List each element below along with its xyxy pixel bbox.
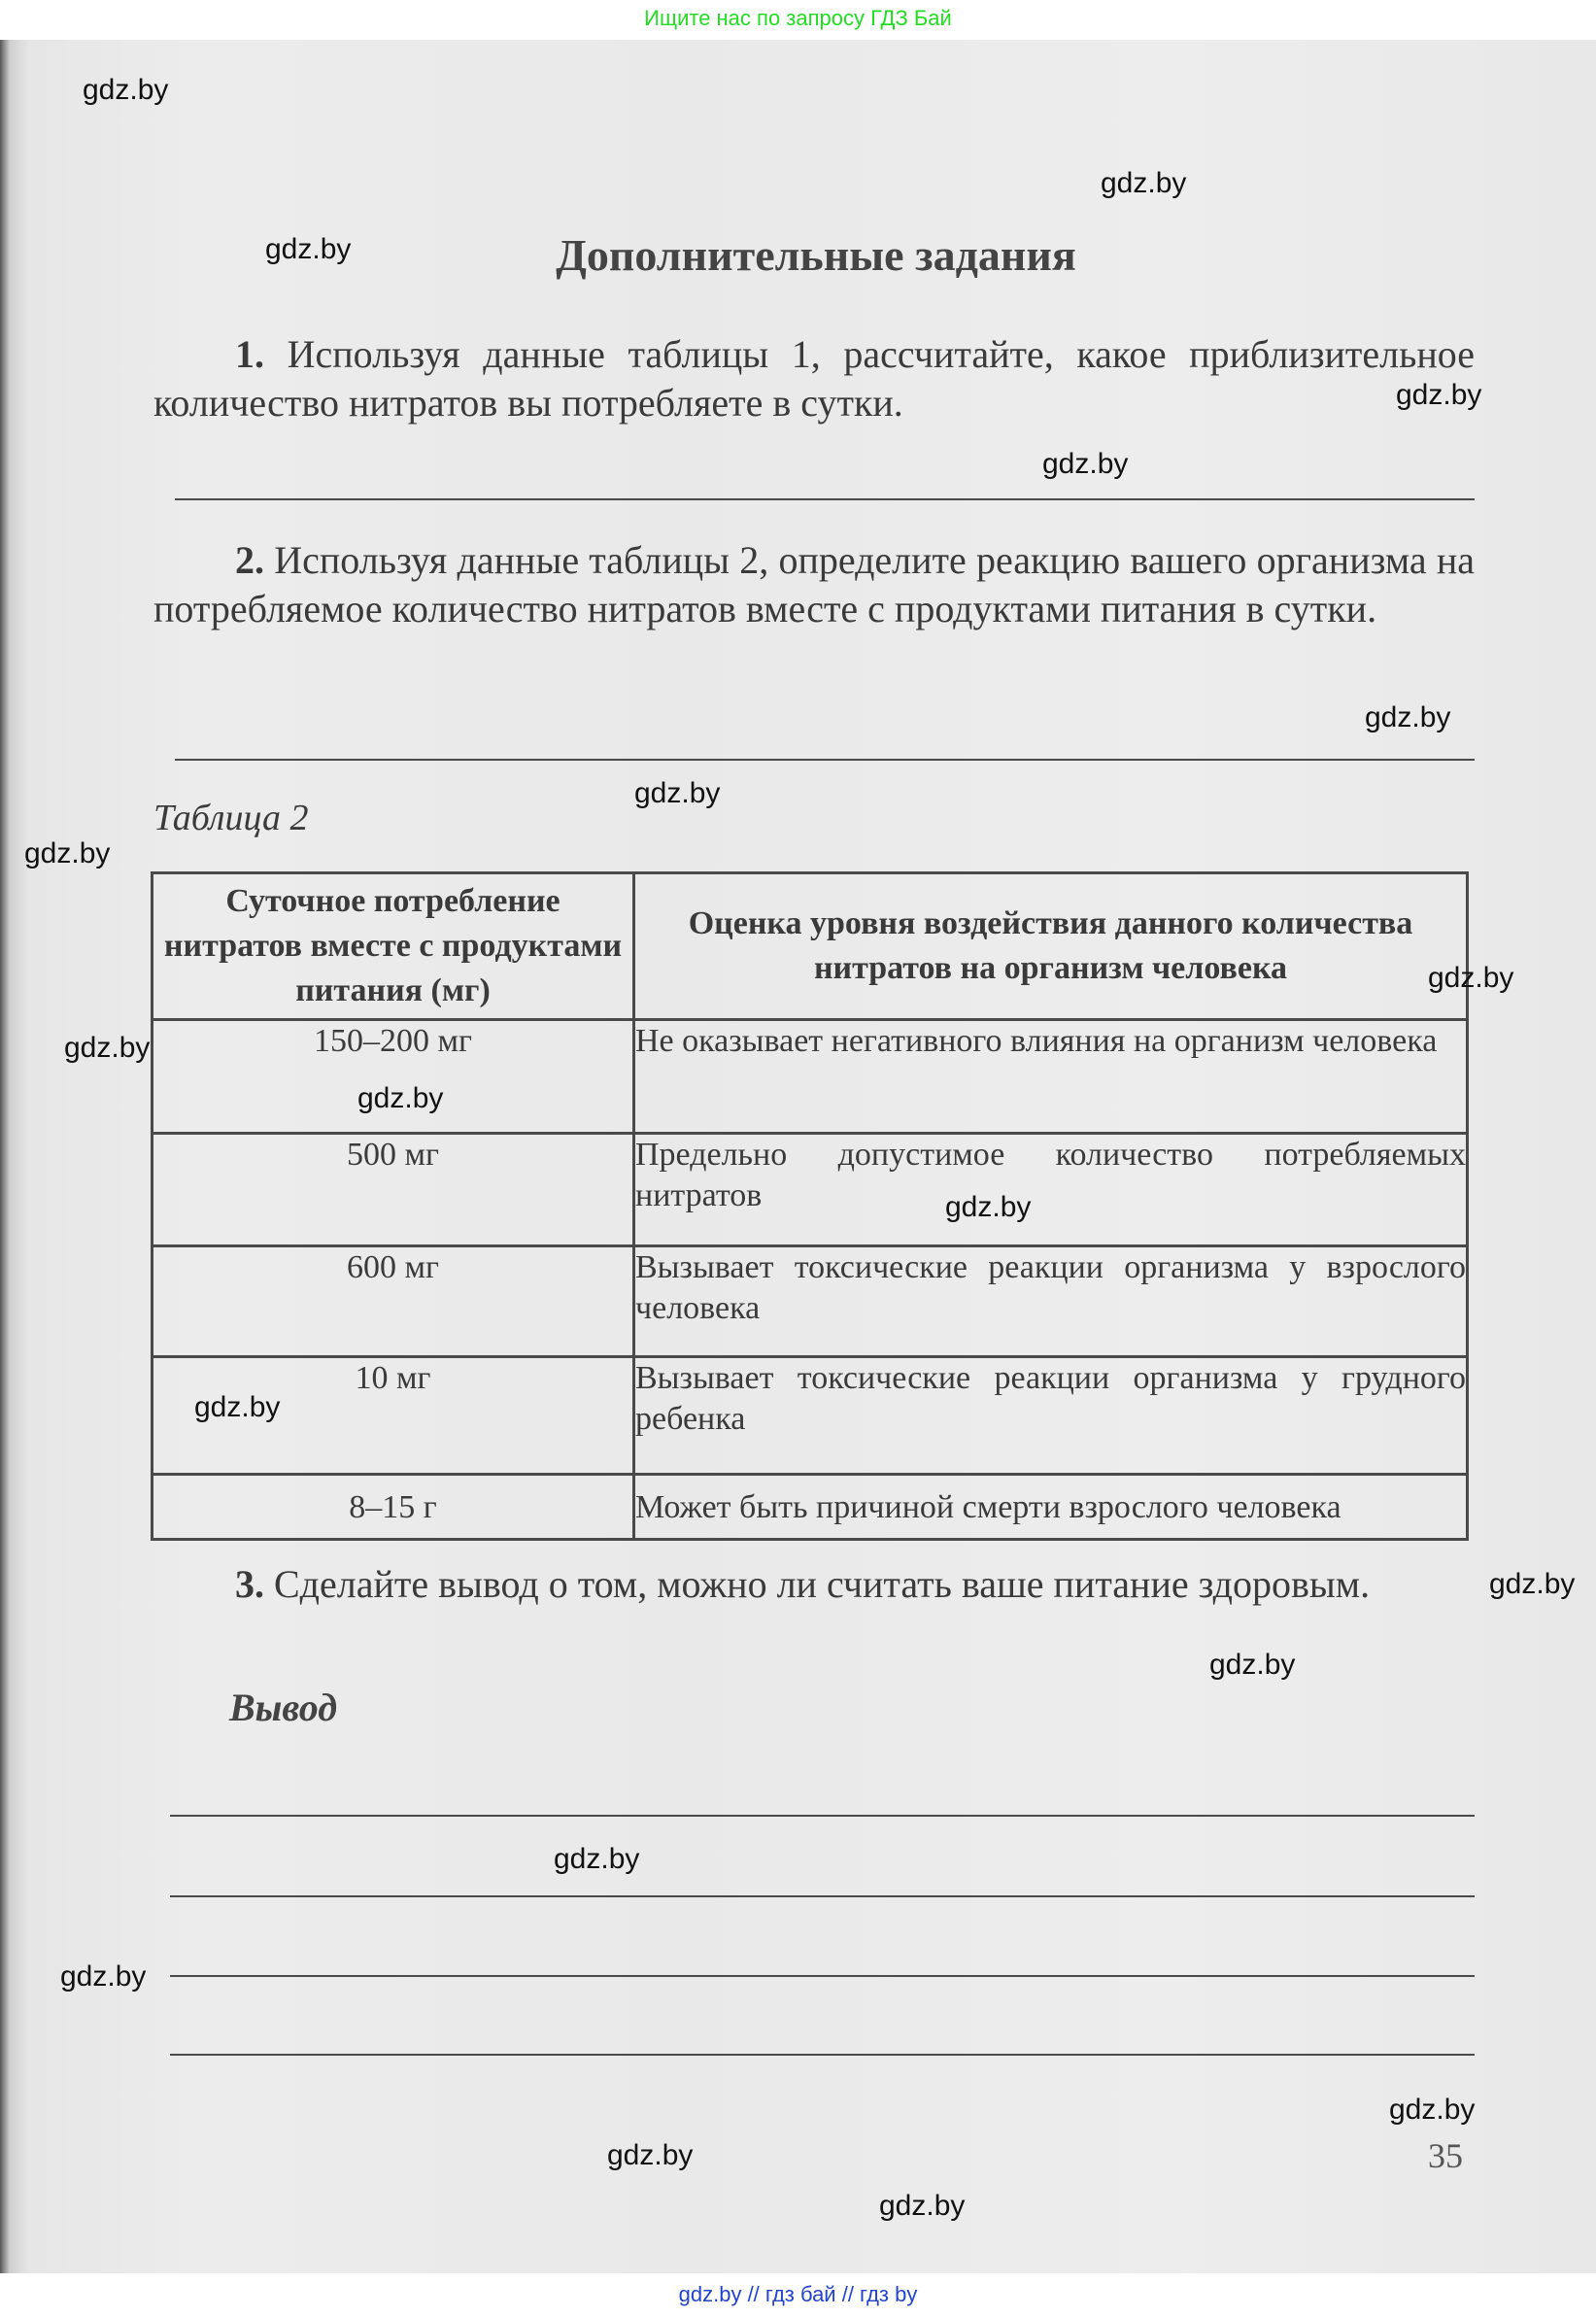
nitrates-table: Суточное потребление нитратов вместе с п… bbox=[151, 871, 1469, 1541]
task-3-number: 3. bbox=[235, 1562, 264, 1606]
conclusion-line-1[interactable] bbox=[170, 1815, 1475, 1817]
task-3: 3. Сделайте вывод о том, можно ли считат… bbox=[153, 1560, 1475, 1609]
bottom-banner: gdz.by // гдз бай // гдз by bbox=[0, 2273, 1596, 2317]
watermark: gdz.by bbox=[1489, 1568, 1575, 1601]
cell-effect: Может быть причиной смерти взрослого чел… bbox=[634, 1475, 1468, 1540]
header-consumption: Суточное потребление нитратов вместе с п… bbox=[153, 873, 634, 1020]
watermark: gdz.by bbox=[83, 74, 168, 107]
top-banner: Ищите нас по запросу ГДЗ Бай bbox=[0, 0, 1596, 40]
watermark: gdz.by bbox=[265, 233, 351, 266]
watermark: gdz.by bbox=[60, 1960, 146, 1993]
table-row: 150–200 мг Не оказывает негативного влия… bbox=[153, 1020, 1468, 1134]
task-3-text: Сделайте вывод о том, можно ли считать в… bbox=[274, 1562, 1370, 1606]
page-number: 35 bbox=[1428, 2135, 1463, 2176]
conclusion-line-3[interactable] bbox=[170, 1975, 1475, 1977]
cell-effect: Вызывает токсические реакции организма у… bbox=[634, 1357, 1468, 1475]
task-2-number: 2. bbox=[235, 538, 264, 582]
answer-line-2[interactable] bbox=[175, 759, 1475, 761]
conclusion-line-4[interactable] bbox=[170, 2054, 1475, 2056]
table-row: 8–15 г Может быть причиной смерти взросл… bbox=[153, 1475, 1468, 1540]
cell-amount: 600 мг bbox=[153, 1246, 634, 1357]
task-2-text: Используя данные таблицы 2, определите р… bbox=[153, 538, 1475, 630]
table-row: 600 мг Вызывает токсические реакции орга… bbox=[153, 1246, 1468, 1357]
watermark: gdz.by bbox=[607, 2139, 693, 2172]
table-caption: Таблица 2 bbox=[153, 797, 308, 839]
conclusion-label: Вывод bbox=[229, 1685, 337, 1730]
watermark: gdz.by bbox=[357, 1082, 443, 1115]
watermark: gdz.by bbox=[1396, 379, 1481, 412]
watermark: gdz.by bbox=[1209, 1649, 1295, 1682]
answer-line-1[interactable] bbox=[175, 498, 1475, 500]
watermark: gdz.by bbox=[554, 1843, 639, 1876]
conclusion-line-2[interactable] bbox=[170, 1895, 1475, 1897]
watermark: gdz.by bbox=[1428, 962, 1513, 995]
table-header-row: Суточное потребление нитратов вместе с п… bbox=[153, 873, 1468, 1020]
watermark: gdz.by bbox=[24, 837, 110, 870]
watermark: gdz.by bbox=[945, 1191, 1031, 1224]
bottom-banner-text[interactable]: gdz.by // гдз бай // гдз by bbox=[679, 2282, 918, 2306]
watermark: gdz.by bbox=[634, 777, 720, 810]
task-1: 1. Используя данные таблицы 1, рассчитай… bbox=[153, 330, 1475, 427]
cell-amount: 500 мг bbox=[153, 1134, 634, 1246]
watermark: gdz.by bbox=[1042, 448, 1128, 481]
task-1-text: Используя данные таблицы 1, рассчитайте,… bbox=[153, 332, 1475, 425]
table-row: 500 мг Предельно допустимое количество п… bbox=[153, 1134, 1468, 1246]
watermark: gdz.by bbox=[879, 2190, 965, 2223]
watermark: gdz.by bbox=[1365, 701, 1450, 734]
cell-effect: Предельно допустимое количество потребля… bbox=[634, 1134, 1468, 1246]
top-banner-text: Ищите нас по запросу ГДЗ Бай bbox=[644, 6, 952, 30]
cell-effect: Вызывает токсические реакции организма у… bbox=[634, 1246, 1468, 1357]
task-1-number: 1. bbox=[235, 332, 264, 376]
table-row: 10 мг Вызывает токсические реакции орган… bbox=[153, 1357, 1468, 1475]
watermark: gdz.by bbox=[1101, 167, 1186, 200]
cell-amount: 8–15 г bbox=[153, 1475, 634, 1540]
header-assessment: Оценка уровня воздействия данного количе… bbox=[634, 873, 1468, 1020]
page-title: Дополнительные задания bbox=[0, 229, 1596, 281]
watermark: gdz.by bbox=[1389, 2094, 1475, 2127]
task-2: 2. Используя данные таблицы 2, определит… bbox=[153, 536, 1475, 633]
cell-effect: Не оказывает негативного влияния на орга… bbox=[634, 1020, 1468, 1134]
watermark: gdz.by bbox=[64, 1032, 150, 1065]
cell-amount: 150–200 мг bbox=[153, 1020, 634, 1134]
watermark: gdz.by bbox=[194, 1391, 280, 1424]
